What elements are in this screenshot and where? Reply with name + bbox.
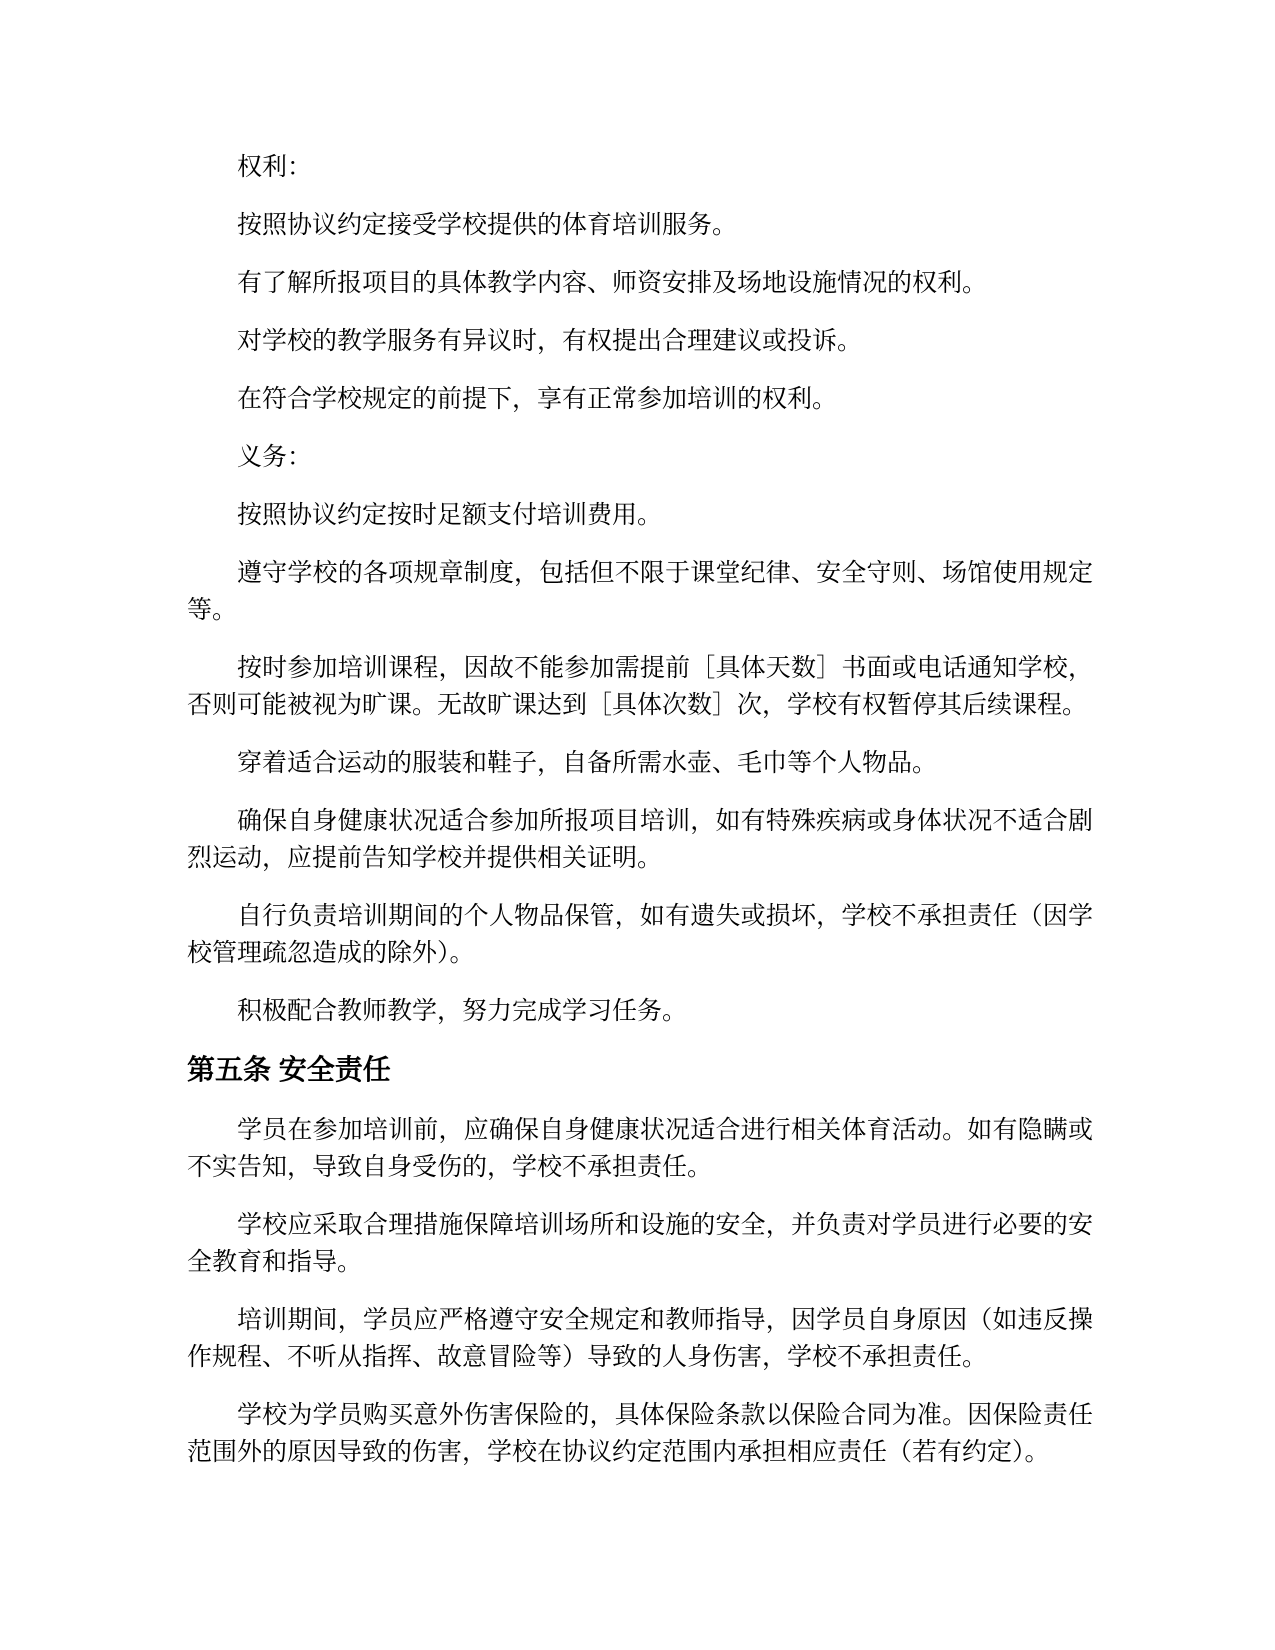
body-paragraph: 学员在参加培训前，应确保自身健康状况适合进行相关体育活动。如有隐瞒或不实告知，导… bbox=[187, 1112, 1093, 1186]
body-paragraph: 确保自身健康状况适合参加所报项目培训，如有特殊疾病或身体状况不适合剧烈运动，应提… bbox=[187, 803, 1093, 877]
document-page: 权利：按照协议约定接受学校提供的体育培训服务。有了解所报项目的具体教学内容、师资… bbox=[0, 0, 1275, 1650]
body-paragraph: 学校应采取合理措施保障培训场所和设施的安全，并负责对学员进行必要的安全教育和指导… bbox=[187, 1207, 1093, 1281]
body-paragraph: 有了解所报项目的具体教学内容、师资安排及场地设施情况的权利。 bbox=[187, 265, 1093, 302]
body-paragraph: 培训期间，学员应严格遵守安全规定和教师指导，因学员自身原因（如违反操作规程、不听… bbox=[187, 1302, 1093, 1376]
body-paragraph: 积极配合教师教学，努力完成学习任务。 bbox=[187, 993, 1093, 1030]
body-paragraph: 对学校的教学服务有异议时，有权提出合理建议或投诉。 bbox=[187, 323, 1093, 360]
body-paragraph: 自行负责培训期间的个人物品保管，如有遗失或损坏，学校不承担责任（因学校管理疏忽造… bbox=[187, 898, 1093, 972]
document-content: 权利：按照协议约定接受学校提供的体育培训服务。有了解所报项目的具体教学内容、师资… bbox=[187, 149, 1093, 1492]
body-paragraph: 按时参加培训课程，因故不能参加需提前［具体天数］书面或电话通知学校，否则可能被视… bbox=[187, 650, 1093, 724]
section-heading: 第五条 安全责任 bbox=[187, 1051, 1093, 1088]
body-paragraph: 义务： bbox=[187, 439, 1093, 476]
body-paragraph: 权利： bbox=[187, 149, 1093, 186]
body-paragraph: 学校为学员购买意外伤害保险的，具体保险条款以保险合同为准。因保险责任范围外的原因… bbox=[187, 1397, 1093, 1471]
body-paragraph: 在符合学校规定的前提下，享有正常参加培训的权利。 bbox=[187, 381, 1093, 418]
body-paragraph: 遵守学校的各项规章制度，包括但不限于课堂纪律、安全守则、场馆使用规定等。 bbox=[187, 555, 1093, 629]
body-paragraph: 穿着适合运动的服装和鞋子，自备所需水壶、毛巾等个人物品。 bbox=[187, 745, 1093, 782]
body-paragraph: 按照协议约定按时足额支付培训费用。 bbox=[187, 497, 1093, 534]
body-paragraph: 按照协议约定接受学校提供的体育培训服务。 bbox=[187, 207, 1093, 244]
